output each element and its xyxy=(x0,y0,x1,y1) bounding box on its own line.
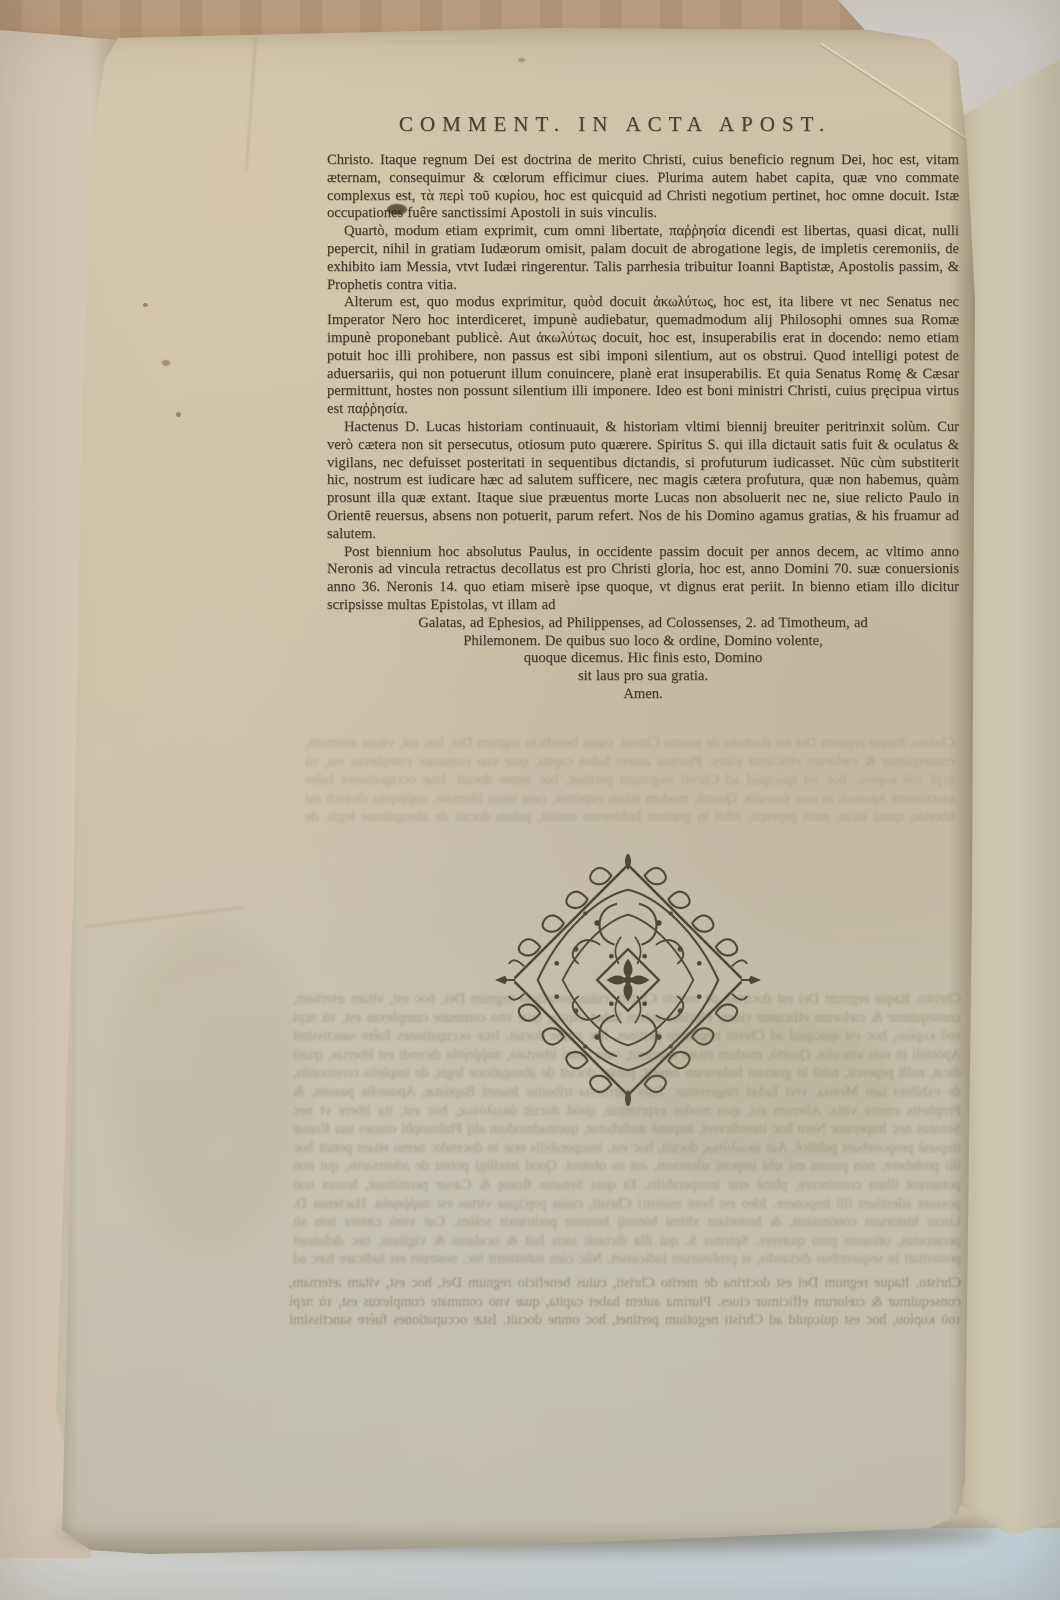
foxing-spot xyxy=(176,412,181,417)
paper-crease xyxy=(245,38,256,170)
foxing-spot xyxy=(162,360,170,366)
closing-line: Philemonem. De quibus suo loco & ordine,… xyxy=(327,633,959,651)
printer-ornament-icon xyxy=(495,854,761,1106)
paper-crease xyxy=(85,906,244,927)
paragraph: Hactenus D. Lucas historiam continuauit,… xyxy=(327,419,959,544)
body-text-block: Christo. Itaque regnum Dei est doctrina … xyxy=(327,152,959,704)
water-stain xyxy=(115,928,305,1248)
closing-taper: Galatas, ad Ephesios, ad Philippenses, a… xyxy=(327,615,959,704)
running-header: COMMENT. IN ACTA APOST. xyxy=(295,112,935,137)
ink-showthrough-upper: Christo. Itaque regnum Dei est doctrina … xyxy=(305,734,955,830)
foxing-spot xyxy=(518,58,525,62)
paragraph: Alterum est, quo modus exprimitur, quòd … xyxy=(327,294,959,419)
paragraph: Quartò, modum etiam exprimit, cum omni l… xyxy=(327,223,959,294)
closing-line: Amen. xyxy=(327,686,959,704)
closing-line: sit laus pro sua gratia. xyxy=(327,668,959,686)
closing-line: quoque dicemus. Hic finis esto, Domino xyxy=(327,650,959,668)
paragraph: Post biennium hoc absolutus Paulus, in o… xyxy=(327,544,959,615)
closing-line: Galatas, ad Ephesios, ad Philippenses, a… xyxy=(327,615,959,633)
foxing-spot xyxy=(143,303,148,307)
antique-book-page-photo: COMMENT. IN ACTA APOST. Christo. Itaque … xyxy=(0,0,1060,1600)
paragraph: Christo. Itaque regnum Dei est doctrina … xyxy=(327,152,959,223)
book-page: COMMENT. IN ACTA APOST. Christo. Itaque … xyxy=(55,28,977,1555)
ink-showthrough-bottom-lines: Christo. Itaque regnum Dei est doctrina … xyxy=(289,1274,961,1332)
